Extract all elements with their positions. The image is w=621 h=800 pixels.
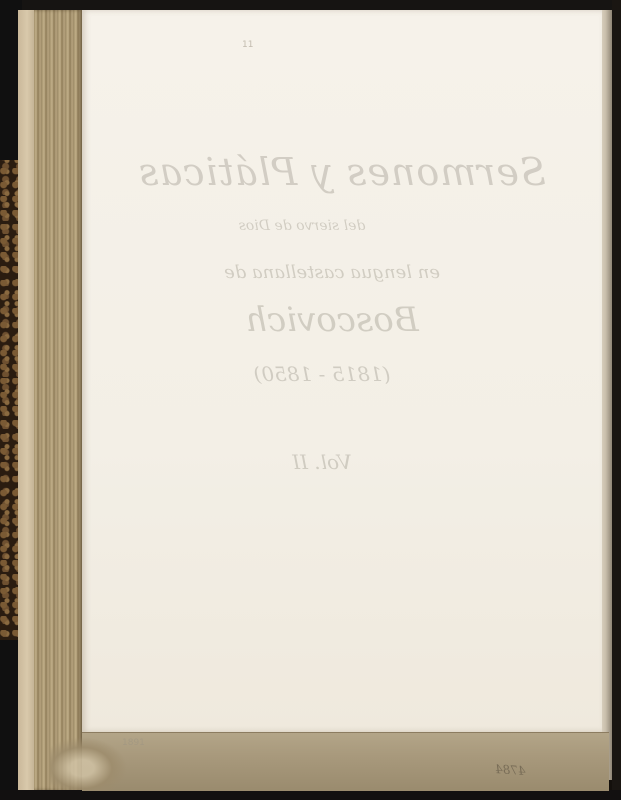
bleed-volume: Vol. II (62, 450, 582, 474)
pencil-mark-bottom: 1891 (122, 738, 145, 748)
edge-stamp: 4784 (495, 762, 526, 778)
bleed-title: Sermones y Pláticas (82, 150, 602, 194)
pencil-mark-top: 11 (242, 40, 253, 50)
book-cover-top-edge (0, 0, 621, 10)
bleed-author: Boscovich (72, 300, 592, 340)
bleed-language-line: en lengua castellana de (72, 262, 592, 283)
book-cover-right-edge (612, 0, 621, 800)
page-stack-bottom-edges (82, 732, 609, 791)
book-cover-bottom-edge (0, 790, 621, 800)
frayed-page-corner (50, 735, 130, 790)
bleed-subtitle: del siervo de Dios (42, 218, 562, 234)
page-stack-left-edges (34, 10, 82, 790)
blank-page: 11 Sermones y Pláticas del siervo de Dio… (82, 10, 602, 732)
bleed-dates: (1815 - 1850) (62, 362, 582, 386)
